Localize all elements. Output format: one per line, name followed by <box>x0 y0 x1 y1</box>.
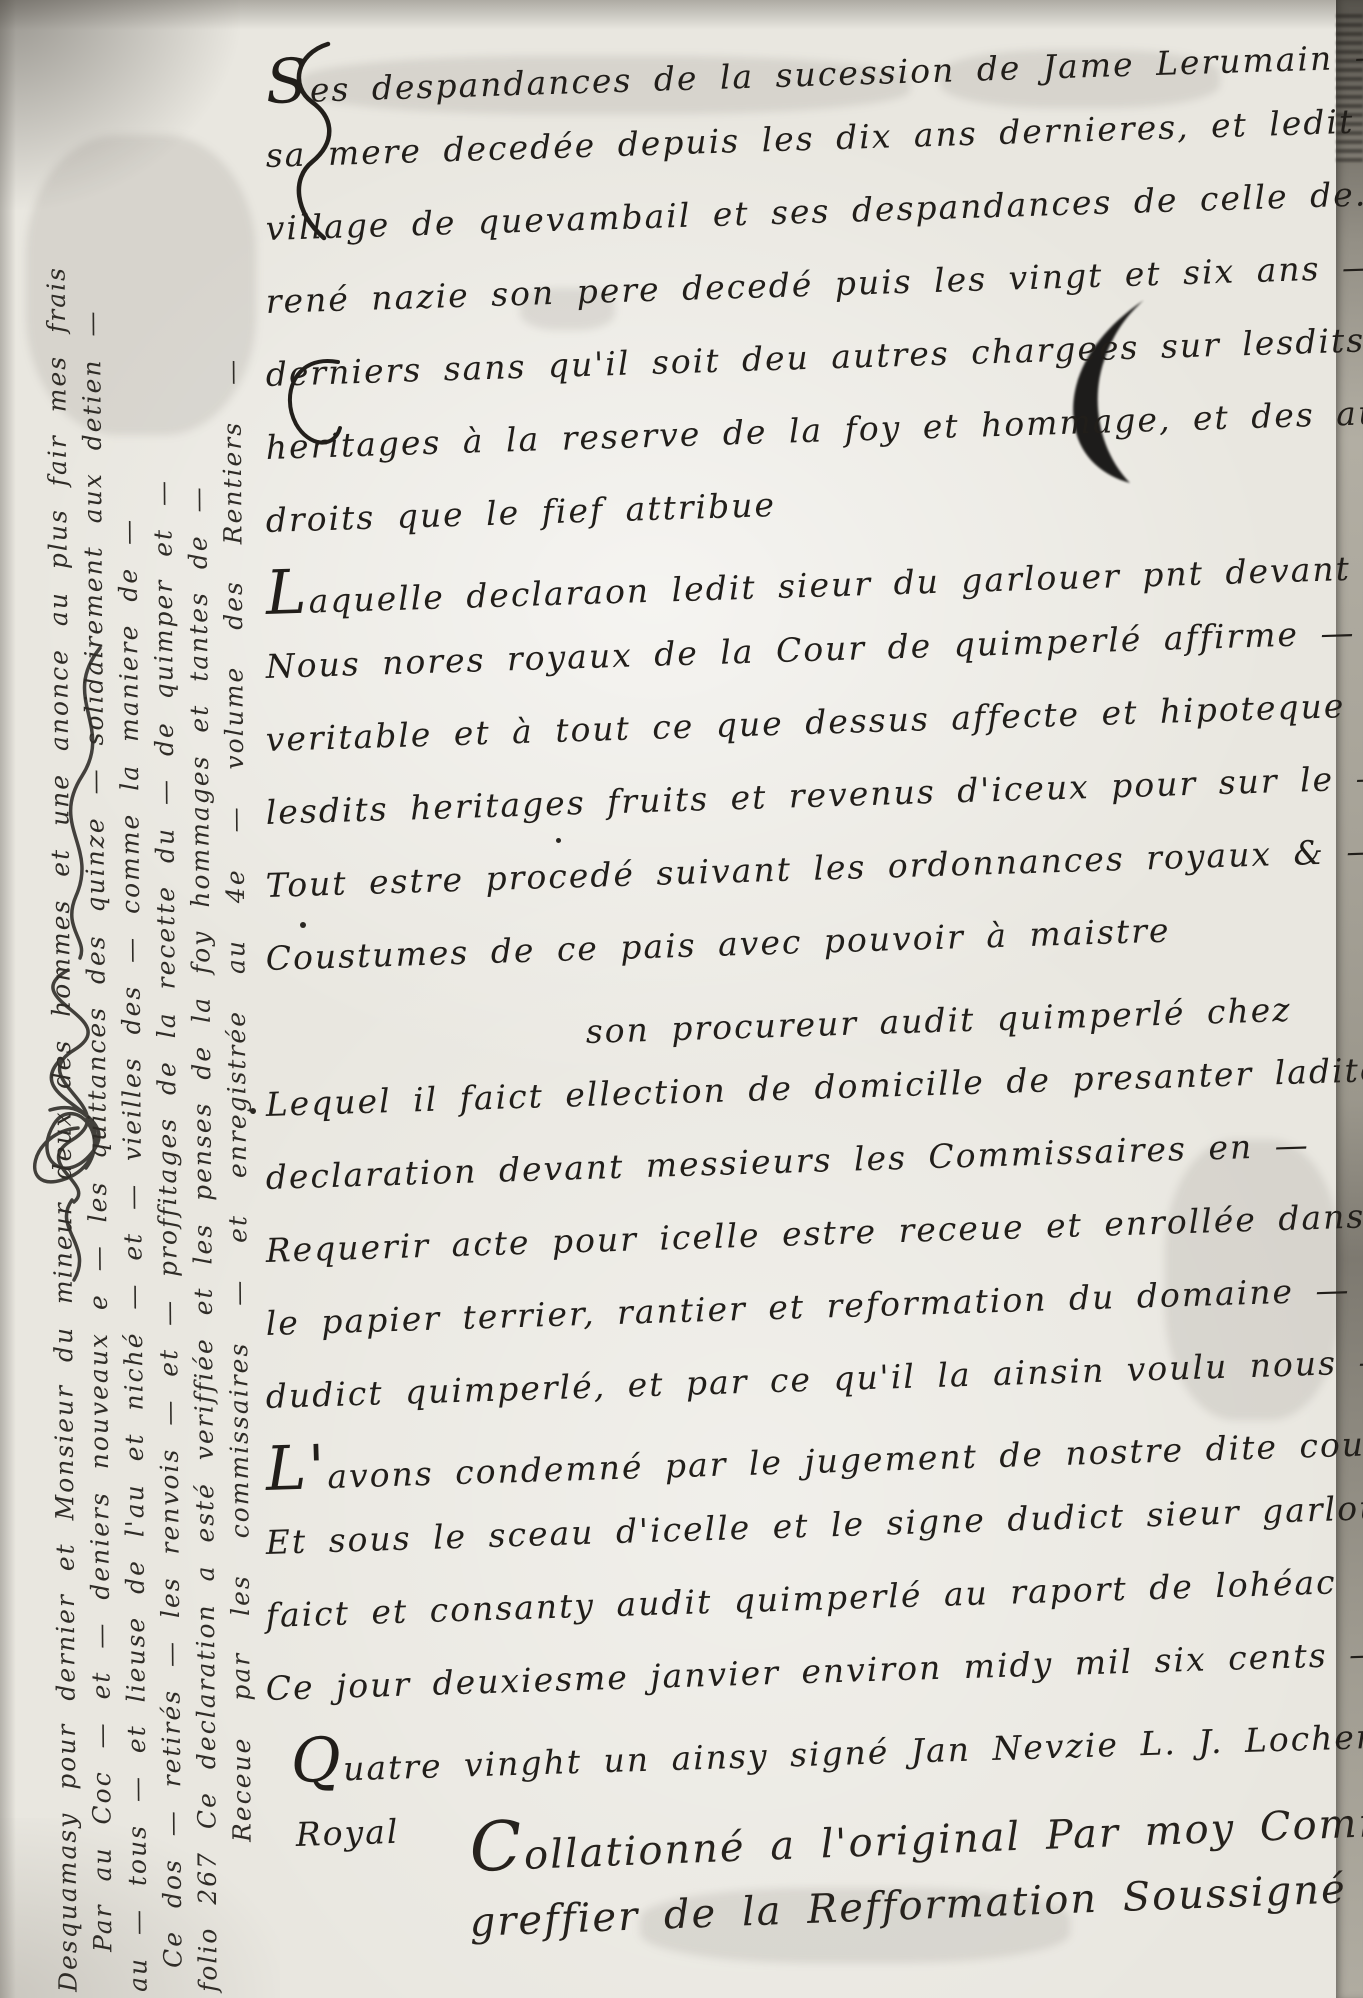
manuscript-page: Ses despandances de la sucession de Jame… <box>0 0 1363 1998</box>
margin-note: Desquamasy pour dernier et Monsieur du m… <box>44 92 256 1992</box>
body-text: Ses despandances de la sucession de Jame… <box>266 46 1346 1871</box>
closing-note: Collationné a l'original Par moy Commisg… <box>470 1812 1363 1960</box>
